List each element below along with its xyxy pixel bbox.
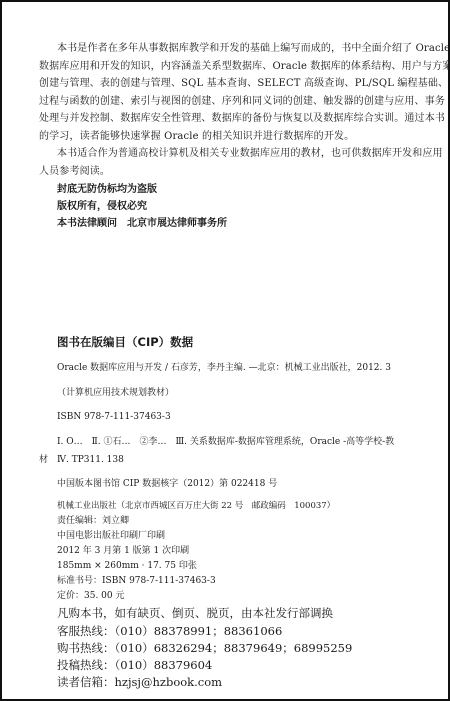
publisher-info: 机械工业出版社（北京市西城区百万庄大街 22 号 邮政编码 100037） [57, 502, 335, 511]
description-line: 数据库应用和开发的知识，内容涵盖关系型数据库、Oracle 数据库的体系结构、用… [39, 62, 407, 72]
customer-service-hotline: 客服热线：（010）88378991；88361066 [57, 626, 282, 638]
cip-classification: Ⅰ. O… Ⅱ. ①石… ②李… Ⅲ. 关系数据库-数据库管理系统，Oracle… [57, 438, 394, 447]
cip-record: 中国版本图书馆 CIP 数据核字（2012）第 022418 号 [57, 480, 277, 489]
standard-book-number: 标准书号：ISBN 978-7-111-37463-3 [57, 577, 216, 586]
cip-heading: 图书在版编目（CIP）数据 [57, 337, 193, 349]
description-line: 的学习，读者能够快速掌握 Oracle 的相关知识并进行数据库的开发。 [39, 132, 407, 142]
copyright-notice: 版权所有，侵权必究 [57, 202, 147, 212]
cip-series: （计算机应用技术规划教材） [57, 389, 174, 398]
reader-email: 读者信箱：hzjsj@hzbook.com [57, 677, 222, 689]
anti-piracy-notice: 封底无防伪标均为盗版 [57, 185, 157, 195]
legal-advisor-notice: 本书法律顾问 北京市展达律师事务所 [57, 219, 227, 229]
audience-line: 本书适合作为普通高校计算机及相关专业数据库应用的教材，也可供数据库开发和应用 [57, 149, 407, 159]
audience-line: 人员参考阅读。 [39, 167, 407, 177]
edition-info: 2012 年 3 月第 1 版第 1 次印刷 [57, 547, 189, 556]
printer-info: 中国电影出版社印刷厂印刷 [57, 532, 165, 541]
cip-classification-cont: 材 Ⅳ. TP311. 138 [39, 456, 124, 465]
description-line: 过程与函数的创建、索引与视图的创建、序列和同义词的创建、触发器的创建与应用、事务 [39, 97, 407, 107]
submission-hotline: 投稿热线：（010）88379604 [57, 660, 212, 672]
responsible-editor: 责任编辑：刘立卿 [57, 517, 129, 526]
cip-bibliographic: Oracle 数据库应用与开发 / 石彦芳，李丹主编. —北京：机械工业出版社，… [57, 364, 391, 373]
description-line: 本书是作者在多年从事数据库教学和开发的基础上编写而成的，书中全面介绍了 Orac… [57, 44, 407, 54]
format-info: 185mm × 260mm · 17. 75 印张 [57, 562, 197, 571]
replacement-notice: 凡购本书，如有缺页、倒页、脱页，由本社发行部调换 [57, 608, 333, 620]
description-line: 处理与并发控制、数据库安全性管理、数据库的备份与恢复以及数据库综合实训。通过本书 [39, 114, 407, 124]
price: 定价：35. 00 元 [57, 592, 125, 601]
description-line: 创建与管理、表的创建与管理、SQL 基本查询、SELECT 高级查询、PL/SQ… [39, 79, 407, 89]
copyright-page: 本书是作者在多年从事数据库教学和开发的基础上编写而成的，书中全面介绍了 Orac… [0, 0, 450, 701]
purchase-hotline: 购书热线：（010）68326294；88379649；68995259 [57, 643, 352, 655]
cip-isbn: ISBN 978-7-111-37463-3 [57, 413, 171, 422]
